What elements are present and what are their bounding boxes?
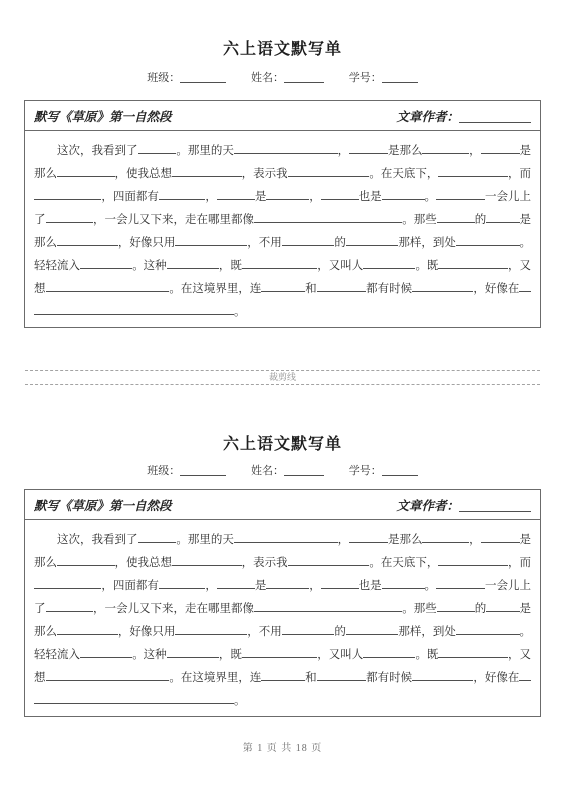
blank-field — [234, 532, 338, 543]
line-text: 。 — [520, 234, 531, 250]
line-text: 是 — [520, 142, 531, 158]
name-field: 姓名： — [251, 465, 324, 477]
line-text: 和 — [305, 669, 317, 685]
blank-field — [254, 601, 402, 612]
dictation-line: 这次，我看到了。那里的天，是那么，是 — [34, 525, 531, 548]
blank-field — [138, 143, 177, 154]
line-text: 。那里的天 — [176, 142, 234, 158]
blank-field — [422, 143, 469, 154]
blank-field — [519, 670, 531, 681]
dictation-line: 那么，好像只用，不用的那样，到处。 — [34, 617, 531, 640]
blank-field — [349, 532, 388, 543]
worksheet-copy-2: 六上语文默写单 班级： 姓名： 学号： 默写《草原》第一自然段 文章作者： 这次… — [0, 435, 565, 717]
line-text: 也是 — [359, 577, 382, 593]
blank-field — [282, 235, 335, 246]
line-text: 是 — [520, 531, 531, 547]
line-text: 的 — [334, 234, 346, 250]
line-text: 是 — [255, 188, 267, 204]
line-text: ， — [469, 531, 481, 547]
line-text: ， — [338, 142, 350, 158]
student-id-label: 学号： — [349, 465, 382, 477]
blank-field — [34, 578, 101, 589]
line-text: ，好像只用 — [118, 623, 176, 639]
line-text: ，而 — [508, 165, 531, 181]
line-text: ，而 — [508, 554, 531, 570]
blank-field — [46, 670, 170, 681]
blank-field — [481, 532, 520, 543]
blank-field — [46, 601, 93, 612]
line-text: ，一会儿又下来，走在哪里都像 — [93, 600, 254, 616]
blank-field — [261, 670, 305, 681]
blank-field — [175, 624, 247, 635]
dictation-line: 。 — [34, 686, 531, 709]
blank-field — [57, 624, 118, 635]
class-blank — [180, 73, 226, 83]
line-text: ，好像只用 — [118, 234, 176, 250]
student-id-blank — [382, 73, 418, 83]
line-text: ，又叫人 — [317, 257, 363, 273]
blank-field — [321, 189, 359, 200]
blank-field — [422, 532, 469, 543]
author-field: 文章作者： — [396, 496, 531, 514]
line-text: 。 — [425, 577, 437, 593]
line-text: 轻轻流入 — [34, 646, 80, 662]
class-field: 班级： — [147, 72, 226, 84]
blank-field — [34, 304, 234, 315]
line-text: ，好像在 — [473, 669, 519, 685]
line-text: ，不用 — [247, 234, 282, 250]
dictation-line: ，四面都有，是，也是。一会儿上 — [34, 571, 531, 594]
blank-field — [57, 555, 115, 566]
line-text: 。 — [425, 188, 437, 204]
cut-line: 裁剪线 — [25, 370, 540, 385]
class-field: 班级： — [147, 465, 226, 477]
line-text: 是那么 — [388, 531, 423, 547]
class-blank — [180, 466, 226, 476]
line-text: 那么 — [34, 165, 57, 181]
blank-field — [321, 578, 359, 589]
line-text: 那样，到处 — [398, 623, 456, 639]
blank-field — [172, 166, 242, 177]
line-text: ， — [309, 188, 321, 204]
blank-field — [486, 601, 519, 612]
line-text: 这次，我看到了 — [34, 531, 138, 547]
line-text: 一会儿上 — [485, 577, 531, 593]
line-text: ，又 — [508, 257, 531, 273]
name-label: 姓名： — [251, 465, 284, 477]
blank-field — [382, 189, 425, 200]
line-text: 都有时候 — [366, 280, 412, 296]
author-label: 文章作者： — [396, 499, 459, 513]
dictation-box-header: 默写《草原》第一自然段 文章作者： — [25, 101, 540, 131]
line-text: ，好像在 — [473, 280, 519, 296]
blank-field — [288, 555, 370, 566]
line-text: 那么 — [34, 234, 57, 250]
blank-field — [57, 166, 115, 177]
line-text: ，既 — [219, 646, 242, 662]
name-label: 姓名： — [251, 72, 284, 84]
dictation-box-header: 默写《草原》第一自然段 文章作者： — [25, 490, 540, 520]
blank-field — [456, 235, 520, 246]
blank-field — [436, 578, 485, 589]
blank-field — [481, 143, 520, 154]
line-text: ，又 — [508, 646, 531, 662]
line-text: ，表示我 — [242, 165, 288, 181]
author-blank — [459, 113, 531, 123]
blank-field — [282, 624, 335, 635]
dictation-line: 轻轻流入。这种，既，又叫人。既，又 — [34, 640, 531, 663]
line-text: 那么 — [34, 623, 57, 639]
line-text: 是 — [255, 577, 267, 593]
blank-field — [382, 578, 425, 589]
blank-field — [254, 212, 402, 223]
blank-field — [412, 281, 473, 292]
line-text: 。在天底下， — [369, 554, 438, 570]
author-label: 文章作者： — [396, 110, 459, 124]
line-text: 是 — [520, 600, 532, 616]
blank-field — [486, 212, 519, 223]
blank-field — [437, 601, 475, 612]
blank-field — [46, 212, 93, 223]
cut-line-label: 裁剪线 — [25, 371, 540, 384]
blank-field — [346, 624, 399, 635]
blank-field — [138, 532, 177, 543]
line-text: 想 — [34, 669, 46, 685]
blank-field — [261, 281, 305, 292]
dictation-line: 那么，好像只用，不用的那样，到处。 — [34, 228, 531, 251]
line-text: 。在这境界里，连 — [169, 669, 261, 685]
page-title: 六上语文默写单 — [0, 40, 565, 60]
student-info-row: 班级： 姓名： 学号： — [0, 463, 565, 479]
line-text: ，四面都有 — [101, 188, 159, 204]
line-text: 。在这境界里，连 — [169, 280, 261, 296]
blank-field — [159, 578, 206, 589]
dictation-line: 那么，使我总想，表示我。在天底下，，而 — [34, 159, 531, 182]
blank-field — [266, 189, 309, 200]
student-id-field: 学号： — [349, 72, 418, 84]
line-text: 那么 — [34, 554, 57, 570]
line-text: 。这种 — [132, 257, 167, 273]
student-id-label: 学号： — [349, 72, 382, 84]
class-label: 班级： — [147, 465, 180, 477]
page-title: 六上语文默写单 — [0, 435, 565, 455]
blank-field — [519, 281, 531, 292]
student-id-blank — [382, 466, 418, 476]
dictation-box: 默写《草原》第一自然段 文章作者： 这次，我看到了。那里的天，是那么，是那么，使… — [24, 489, 541, 717]
line-text: 。既 — [415, 257, 438, 273]
dictation-line: 了，一会儿又下来，走在哪里都像。那些的是 — [34, 205, 531, 228]
line-text: ， — [309, 577, 321, 593]
line-text: ，又叫人 — [317, 646, 363, 662]
line-text: 的 — [475, 600, 487, 616]
line-text: 的 — [334, 623, 346, 639]
blank-field — [217, 578, 255, 589]
dictation-paragraph: 这次，我看到了。那里的天，是那么，是那么，使我总想，表示我。在天底下，，而，四面… — [25, 520, 540, 716]
cut-dash-bottom — [25, 384, 540, 385]
author-field: 文章作者： — [396, 107, 531, 125]
line-text: ，使我总想 — [115, 554, 173, 570]
blank-field — [234, 143, 338, 154]
worksheet-page: 六上语文默写单 班级： 姓名： 学号： 默写《草原》第一自然段 文章作者： 这次… — [0, 0, 565, 800]
dictation-box: 默写《草原》第一自然段 文章作者： 这次，我看到了。那里的天，是那么，是那么，使… — [24, 100, 541, 328]
line-text: 轻轻流入 — [34, 257, 80, 273]
blank-field — [438, 166, 508, 177]
line-text: ，一会儿又下来，走在哪里都像 — [93, 211, 254, 227]
blank-field — [80, 258, 132, 269]
line-text: ，既 — [219, 257, 242, 273]
box-title: 默写《草原》第一自然段 — [34, 496, 172, 514]
line-text: 。这种 — [132, 646, 167, 662]
student-id-field: 学号： — [349, 465, 418, 477]
line-text: 也是 — [359, 188, 382, 204]
line-text: 想 — [34, 280, 46, 296]
blank-field — [80, 647, 132, 658]
line-text: 。 — [520, 623, 531, 639]
line-text: 。 — [234, 303, 246, 319]
dictation-line: 想。在这境界里，连和都有时候，好像在 — [34, 663, 531, 686]
blank-field — [363, 647, 415, 658]
blank-field — [437, 212, 475, 223]
line-text: 都有时候 — [366, 669, 412, 685]
line-text: ， — [338, 531, 350, 547]
line-text: 这次，我看到了 — [34, 142, 138, 158]
dictation-line: 。 — [34, 297, 531, 320]
blank-field — [172, 555, 242, 566]
line-text: 那样，到处 — [398, 234, 456, 250]
line-text: 。既 — [415, 646, 438, 662]
blank-field — [438, 647, 508, 658]
blank-field — [288, 166, 370, 177]
blank-field — [438, 258, 508, 269]
blank-field — [412, 670, 473, 681]
blank-field — [349, 143, 388, 154]
name-blank — [284, 73, 324, 83]
blank-field — [317, 281, 367, 292]
dictation-line: ，四面都有，是，也是。一会儿上 — [34, 182, 531, 205]
line-text: 一会儿上 — [485, 188, 531, 204]
blank-field — [346, 235, 399, 246]
line-text: 是 — [520, 211, 532, 227]
dictation-line: 轻轻流入。这种，既，又叫人。既，又 — [34, 251, 531, 274]
blank-field — [217, 189, 255, 200]
line-text: 是那么 — [388, 142, 423, 158]
line-text: ， — [205, 577, 217, 593]
blank-field — [167, 258, 219, 269]
blank-field — [317, 670, 367, 681]
line-text: 了 — [34, 211, 46, 227]
line-text: ， — [205, 188, 217, 204]
worksheet-copy-1: 六上语文默写单 班级： 姓名： 学号： 默写《草原》第一自然段 文章作者： 这次… — [0, 40, 565, 328]
blank-field — [159, 189, 206, 200]
blank-field — [57, 235, 118, 246]
line-text: ，使我总想 — [115, 165, 173, 181]
line-text: ，不用 — [247, 623, 282, 639]
dictation-line: 这次，我看到了。那里的天，是那么，是 — [34, 136, 531, 159]
student-info-row: 班级： 姓名： 学号： — [0, 70, 565, 86]
line-text: 。 — [234, 692, 246, 708]
dictation-line: 那么，使我总想，表示我。在天底下，，而 — [34, 548, 531, 571]
line-text: 。在天底下， — [369, 165, 438, 181]
blank-field — [34, 189, 101, 200]
dictation-line: 想。在这境界里，连和都有时候，好像在 — [34, 274, 531, 297]
blank-field — [167, 647, 219, 658]
blank-field — [436, 189, 485, 200]
line-text: 了 — [34, 600, 46, 616]
blank-field — [34, 693, 234, 704]
blank-field — [456, 624, 520, 635]
blank-field — [438, 555, 508, 566]
dictation-paragraph: 这次，我看到了。那里的天，是那么，是那么，使我总想，表示我。在天底下，，而，四面… — [25, 131, 540, 327]
name-blank — [284, 466, 324, 476]
line-text: ，表示我 — [242, 554, 288, 570]
blank-field — [242, 258, 317, 269]
blank-field — [266, 578, 309, 589]
name-field: 姓名： — [251, 72, 324, 84]
page-footer: 第 1 页 共 18 页 — [0, 739, 565, 754]
line-text: 。那里的天 — [176, 531, 234, 547]
blank-field — [46, 281, 170, 292]
line-text: ， — [469, 142, 481, 158]
author-blank — [459, 502, 531, 512]
line-text: 和 — [305, 280, 317, 296]
box-title: 默写《草原》第一自然段 — [34, 107, 172, 125]
dictation-line: 了，一会儿又下来，走在哪里都像。那些的是 — [34, 594, 531, 617]
line-text: 。那些 — [402, 211, 437, 227]
class-label: 班级： — [147, 72, 180, 84]
line-text: 。那些 — [402, 600, 437, 616]
line-text: ，四面都有 — [101, 577, 159, 593]
blank-field — [363, 258, 415, 269]
blank-field — [175, 235, 247, 246]
line-text: 的 — [475, 211, 487, 227]
blank-field — [242, 647, 317, 658]
